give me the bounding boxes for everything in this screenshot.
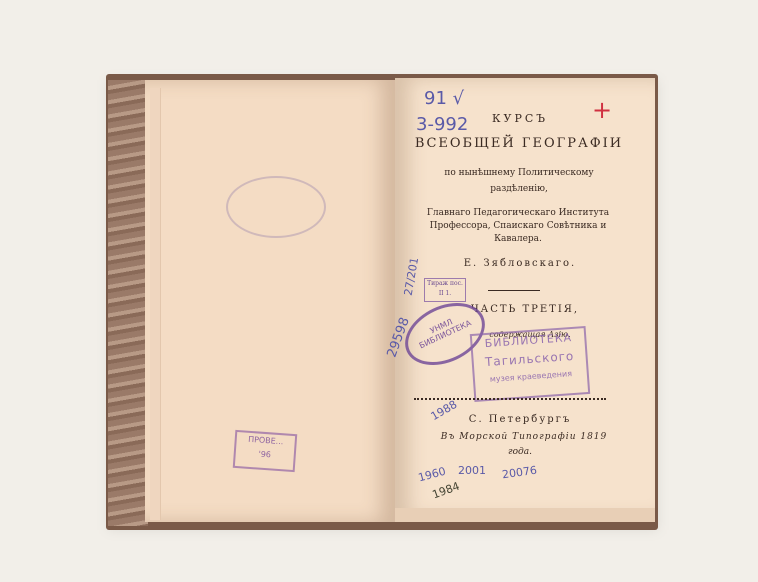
stamp-text: '96 (235, 446, 294, 464)
red-cross-mark: + (592, 96, 612, 124)
title-line7: Кавалера. (398, 234, 638, 244)
dotted-divider (414, 398, 606, 400)
left-page-stamp: ПРОВЕ... '96 (233, 430, 297, 472)
torn-page-edge (395, 508, 655, 522)
city: С. Петербургъ (450, 414, 590, 425)
title-line3: по нынѣшнему Политическому (404, 168, 634, 178)
title-line4: раздѣленію, (404, 184, 634, 194)
stamp-text: II 1. (425, 289, 465, 299)
page-edge (150, 88, 161, 520)
marbled-endpaper (108, 80, 148, 526)
title-line5: Главнаго Педагогическаго Института (398, 208, 638, 218)
author: Е. Зябловскаго. (440, 258, 600, 269)
title-kurs: КУРСЪ (470, 112, 570, 125)
stamp-text: Тираж пос. (425, 279, 465, 289)
note-b: 2001 (458, 464, 486, 477)
press: Въ Морской Типографіи 1819 (404, 432, 644, 442)
title-main: ВСЕОБЩЕЙ ГЕОГРАФІИ (404, 136, 634, 151)
year-word: года. (480, 447, 560, 457)
divider-rule (488, 290, 540, 291)
title-line6: Профессора, Спаискаго Совѣтника и (398, 221, 638, 231)
museum-library-stamp: БИБЛИОТЕКА Тагильского музея краеведения (470, 326, 590, 402)
small-rect-stamp: Тираж пос. II 1. (424, 278, 466, 302)
faded-oval-stamp (226, 176, 326, 238)
shelf-mark-1: 91 √ (424, 88, 464, 109)
shelf-mark-2: 3-992 (416, 114, 468, 135)
